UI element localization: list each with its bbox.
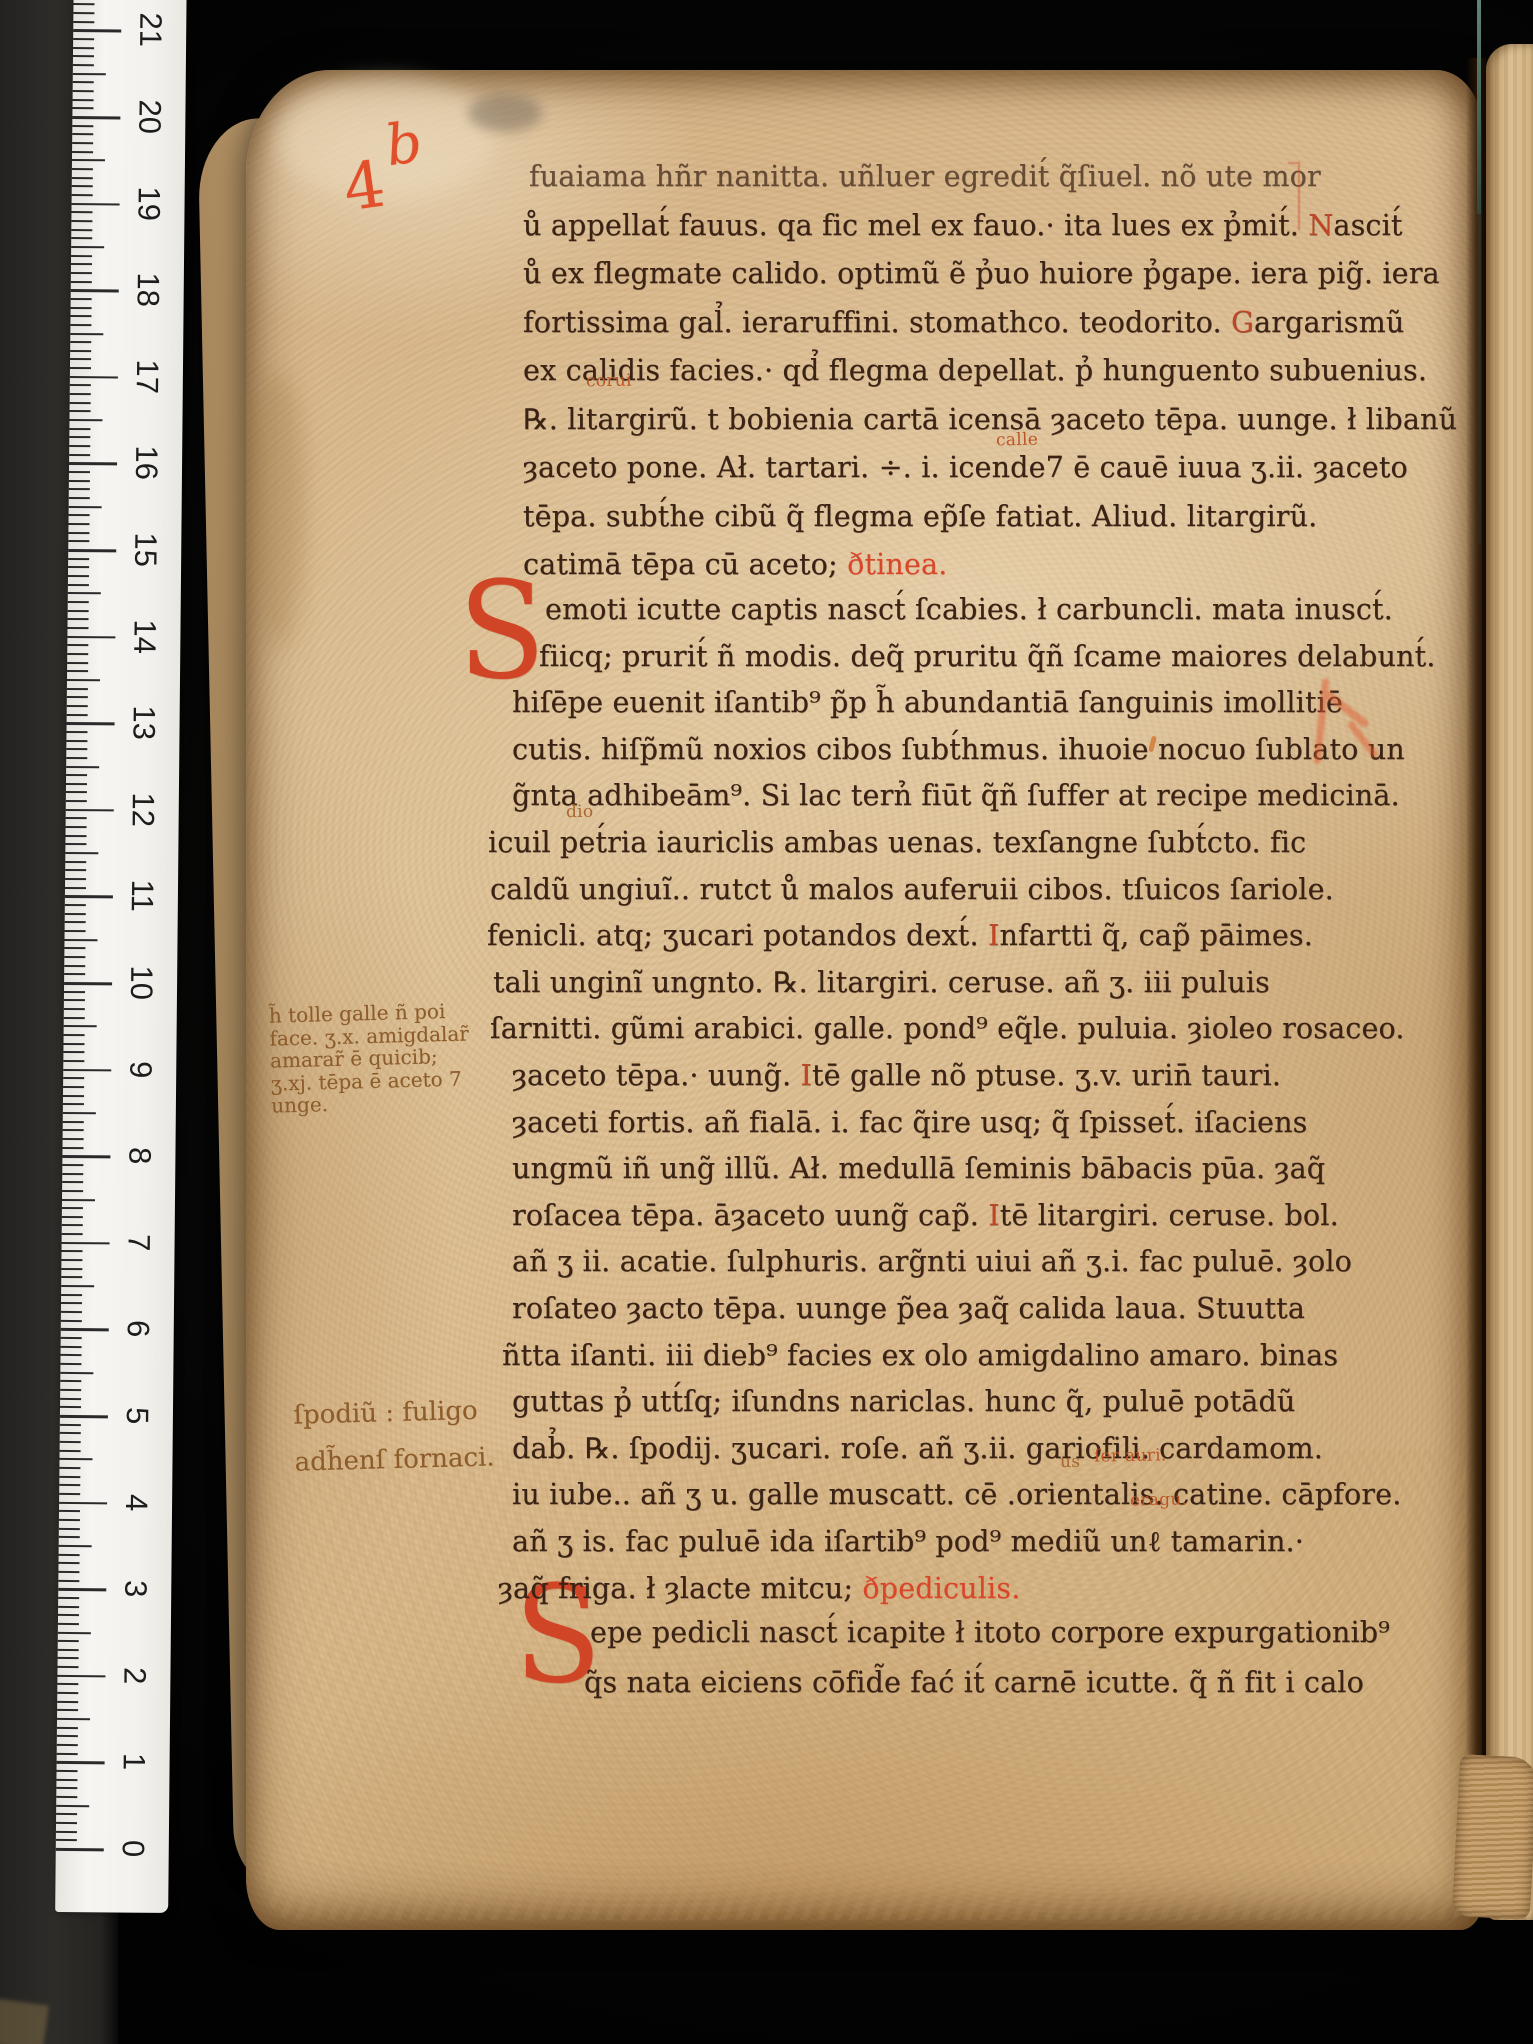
ruler-tick <box>56 1779 77 1781</box>
ruler-tick <box>72 177 93 179</box>
text-line: roſacea tēpa. āȝaceto uung̃ cap̃. Itē li… <box>512 1199 1339 1232</box>
ruler-tick <box>72 159 105 161</box>
marginal-note-line: ſpodiũ : fuligo <box>293 1387 494 1439</box>
ruler-tick <box>70 315 91 317</box>
ruler-tick <box>58 1588 106 1591</box>
text-segment: hiſēpe euenit iſantib⁹ p̃p h̃ abundantiā… <box>512 686 1343 719</box>
ruler-tick <box>73 29 121 32</box>
ruler-tick <box>65 930 86 932</box>
ruler-tick <box>70 410 91 412</box>
ruler-tick <box>63 1120 84 1122</box>
text-segment: dab̉. ℞. ſpodij. ʒucari. roſe. añ ʒ.ii. … <box>512 1432 1323 1465</box>
text-segment: I <box>801 1059 812 1092</box>
ruler-tick <box>66 800 87 802</box>
text-line: q̃s nata eiciens cōfid̃e fać it́ carnē i… <box>584 1666 1364 1699</box>
ruler-tick <box>65 887 86 889</box>
glass-edge-line <box>1477 0 1481 214</box>
text-line: ȝaceto pone. Ał. tartari. ÷. i. icende7 … <box>523 451 1408 484</box>
ruler-tick <box>59 1545 92 1547</box>
ruler-tick <box>69 445 90 447</box>
ruler-number: 6 <box>122 1306 154 1352</box>
ruler-number: 16 <box>130 440 162 486</box>
ruler-tick <box>63 1086 84 1088</box>
ruler-tick <box>61 1285 94 1287</box>
text-segment: ðtinea. <box>847 548 947 581</box>
ruler-tick <box>62 1155 110 1158</box>
ruler-tick <box>64 956 85 958</box>
ruler-tick <box>69 419 102 421</box>
ruler-tick <box>68 592 101 594</box>
red-margin-bracket <box>1288 162 1300 230</box>
ruler-tick <box>66 809 114 812</box>
ruler-tick <box>72 142 93 144</box>
text-segment: ðpediculis. <box>862 1572 1020 1605</box>
ruler-tick <box>71 237 92 239</box>
text-segment: ů ex flegmate calido. optimũ ẽ p̉uo huio… <box>523 257 1440 290</box>
text-line: ů appellat́ fauus. qa fic mel ex fauo.· … <box>523 209 1403 242</box>
ruler-tick <box>64 939 97 941</box>
ruler-number: 21 <box>134 7 166 53</box>
marginal-note-line: adh̃enſ fornaci. <box>294 1434 495 1486</box>
text-line: guttas p̉ utt́ſq; iſundns nariclas. hunc… <box>512 1385 1295 1418</box>
ruler-tick <box>63 1077 84 1079</box>
text-segment: añ ʒ is. fac puluē ida iſartib⁹ pod⁹ med… <box>512 1525 1304 1558</box>
ruler-tick <box>67 722 115 725</box>
ruler-tick <box>69 488 90 490</box>
ruler-tick <box>66 748 87 750</box>
ruler-tick <box>61 1320 82 1322</box>
ruler-tick <box>67 688 88 690</box>
text-line: icuil pet́ria iauriclis ambas uenas. tex… <box>488 826 1306 859</box>
text-segment: ascit́ <box>1333 209 1402 242</box>
ruler-tick <box>71 298 92 300</box>
ruler-tick <box>62 1207 83 1209</box>
ruler-tick <box>67 662 88 664</box>
ruler-tick <box>69 462 117 465</box>
initial-letter: S <box>458 565 546 699</box>
ruler-tick <box>66 757 87 759</box>
ruler-tick <box>64 1017 85 1019</box>
ruler-tick <box>60 1389 81 1391</box>
ruler-tick <box>71 289 119 292</box>
ruler-tick <box>65 913 86 915</box>
text-segment: icuil pet́ria iauriclis ambas uenas. tex… <box>488 826 1306 859</box>
ruler-tick <box>63 1103 84 1105</box>
ruler-tick <box>64 1034 85 1036</box>
ruler-tick <box>62 1233 83 1235</box>
ruler-number: 15 <box>129 527 161 573</box>
ruler-tick <box>63 1138 84 1140</box>
text-segment: caldũ ungiuĩ.. rutct ů malos auferuii ci… <box>490 873 1334 906</box>
ruler-number: 19 <box>132 180 164 226</box>
ruler-tick <box>67 636 115 639</box>
ruler-tick <box>69 454 90 456</box>
interlinear-gloss: ſer auri. <box>1094 1445 1167 1466</box>
ruler-tick <box>66 765 99 767</box>
ruler-tick <box>61 1294 82 1296</box>
text-line: emoti icutte captis nasct́ ſcabies. ł ca… <box>545 593 1393 626</box>
ruler-tick <box>69 497 90 499</box>
ruler-tick <box>61 1328 109 1331</box>
ruler-tick <box>56 1796 77 1798</box>
ruler-tick <box>57 1770 78 1772</box>
ruler-tick <box>73 3 94 5</box>
ruler-tick <box>65 904 86 906</box>
ruler-tick <box>58 1571 79 1573</box>
ruler-tick <box>73 99 94 101</box>
text-line: ſarnitti. gũmi arabici. galle. pond⁹ eq̃… <box>490 1012 1405 1045</box>
ruler-tick <box>56 1787 77 1789</box>
text-line: catimā tēpa cū aceto; ðtinea. <box>523 548 948 581</box>
text-line: caldũ ungiuĩ.. rutct ů malos auferuii ci… <box>490 873 1334 906</box>
ruler-tick <box>63 1051 84 1053</box>
text-segment: argarismũ <box>1254 306 1404 339</box>
text-line: ex calidis facies.· qd̉ flegma depellat.… <box>523 354 1427 387</box>
ruler-tick <box>71 263 92 265</box>
ruler-tick <box>71 246 104 248</box>
ruler-tick <box>73 12 94 14</box>
text-segment: ů appellat́ fauus. qa fic mel ex fauo.· … <box>523 209 1308 242</box>
ruler-tick <box>65 835 86 837</box>
ruler-tick <box>59 1528 80 1530</box>
ruler-tick <box>72 151 93 153</box>
gutter-seam <box>1466 58 1486 1914</box>
text-segment: añ ʒ ii. acatie. ſulphuris. arg̃nti uiui… <box>512 1245 1352 1278</box>
ruler-tick <box>68 558 89 560</box>
ruler-tick <box>68 575 89 577</box>
text-line: epe pedicli nasct́ icapite ł itoto corpo… <box>590 1616 1390 1649</box>
ruler-tick <box>71 211 92 213</box>
ruler-tick <box>64 982 112 985</box>
ruler-tick <box>56 1839 77 1841</box>
ruler-tick <box>61 1302 82 1304</box>
ruler-number: 9 <box>124 1046 156 1092</box>
ruler-tick <box>70 367 91 369</box>
ruler-number: 13 <box>127 700 159 746</box>
ruler-tick <box>63 1112 96 1114</box>
edge-stain <box>248 370 306 650</box>
ruler-tick <box>63 1069 111 1072</box>
ruler-tick <box>65 878 86 880</box>
ruler-tick <box>69 506 102 508</box>
ruler-tick <box>59 1536 80 1538</box>
ruler-tick <box>73 38 94 40</box>
ruler-tick <box>64 991 85 993</box>
ruler-tick <box>69 480 90 482</box>
text-segment: epe pedicli nasct́ icapite ł itoto corpo… <box>590 1616 1390 1649</box>
ruler-tick <box>60 1432 81 1434</box>
ruler-tick <box>58 1640 79 1642</box>
text-segment: fenicli. atq; ʒucari potandos dext́. <box>487 919 988 952</box>
ruler-tick <box>57 1744 78 1746</box>
text-segment: ȝaceto pone. Ał. tartari. ÷. i. icende7 … <box>523 451 1408 484</box>
interlinear-gloss: eragu. <box>1130 1490 1188 1511</box>
ruler-tick <box>64 999 85 1001</box>
ruler-tick <box>59 1502 107 1505</box>
ruler-tick <box>59 1519 80 1521</box>
ruler-tick <box>66 731 87 733</box>
text-segment: ℞. litargirũ. t bobienia cartā icensā ȝa… <box>523 403 1457 436</box>
text-segment: ȝaceto tēpa.· uung̃. <box>512 1059 801 1092</box>
ruler-tick <box>60 1372 93 1374</box>
ruler-tick <box>66 739 87 741</box>
ruler-tick <box>57 1701 78 1703</box>
interlinear-gloss: dio <box>566 802 594 822</box>
ruler-tick <box>58 1605 79 1607</box>
ruler-tick <box>71 306 92 308</box>
marginal-note: h̃ tolle galle ñ poiface. ʒ.x. amigdalar… <box>269 999 471 1117</box>
ruler-number: 4 <box>120 1479 152 1525</box>
ruler-tick <box>56 1805 89 1807</box>
ruler-tick <box>56 1831 77 1833</box>
text-line: iu iube.. añ ʒ u. galle muscatt. cē .ori… <box>512 1478 1402 1511</box>
text-line: ℞. litargirũ. t bobienia cartā icensā ȝa… <box>523 403 1457 436</box>
ruler-tick <box>60 1380 81 1382</box>
ruler-tick <box>57 1675 105 1678</box>
ruler-number: 18 <box>132 267 164 313</box>
text-segment: N <box>1308 209 1333 242</box>
ruler-tick <box>61 1337 82 1339</box>
ruler-tick <box>62 1216 83 1218</box>
text-segment: catimā tēpa cū aceto; <box>523 548 847 581</box>
ruler-tick <box>63 1095 84 1097</box>
ruler-tick <box>73 73 106 75</box>
text-segment: tē litargiri. ceruse. bol. <box>1000 1199 1339 1232</box>
ruler-tick <box>68 618 89 620</box>
ruler-tick <box>70 332 103 334</box>
ruler-tick <box>66 791 87 793</box>
ruler-tick <box>64 947 85 949</box>
ruler-tick <box>57 1709 78 1711</box>
ruler-tick <box>60 1398 81 1400</box>
ruler-tick <box>62 1181 83 1183</box>
text-segment: emoti icutte captis nasct́ ſcabies. ł ca… <box>545 593 1393 626</box>
text-segment: cutis. hiſp̃mũ noxios cibos ſubt́hmus. i… <box>512 733 1405 766</box>
ruler-tick <box>68 532 89 534</box>
ruler-tick <box>70 384 91 386</box>
ruler-tick <box>65 869 86 871</box>
ruler-tick <box>58 1649 79 1651</box>
ruler-tick <box>67 644 88 646</box>
ruler-tick <box>57 1753 78 1755</box>
ruler-tick <box>68 549 116 552</box>
ruler-tick <box>64 1025 97 1027</box>
ruler-tick <box>59 1467 80 1469</box>
ruler-tick <box>58 1657 79 1659</box>
ruler-tick <box>69 514 90 516</box>
text-segment: iu iube.. añ ʒ u. galle muscatt. cē .ori… <box>512 1478 1402 1511</box>
ruler-number: 20 <box>133 94 165 140</box>
text-line: fuaiama hñr nanitta. uñluer egredit́ q̃ſ… <box>529 160 1321 193</box>
ruler-tick <box>70 324 91 326</box>
ruler-number: 3 <box>119 1566 151 1612</box>
ruler-tick <box>63 1129 84 1131</box>
ruler-tick <box>57 1735 78 1737</box>
ruler-tick <box>62 1224 83 1226</box>
ruler-tick <box>65 852 98 854</box>
ruler-tick <box>60 1458 93 1460</box>
ruler-number: 5 <box>121 1393 153 1439</box>
ruler-tick <box>71 281 92 283</box>
ruler-tick <box>58 1579 79 1581</box>
ruler-tick <box>72 185 93 187</box>
ruler-tick <box>73 47 94 49</box>
ruler-tick <box>58 1597 79 1599</box>
glass-edge-line-faint <box>1478 214 1481 544</box>
fore-edge-page-stack <box>1452 1754 1533 1920</box>
ruler-tick <box>61 1346 82 1348</box>
ruler-tick <box>61 1311 82 1313</box>
ruler-tick <box>72 116 120 119</box>
ruler-tick <box>65 843 86 845</box>
ruler-tick <box>67 627 88 629</box>
ruler-tick <box>57 1683 78 1685</box>
text-line: ȝaq̃ friga. ł ȝlacte mitcu; ðpediculis. <box>498 1572 1020 1605</box>
ruler-tick <box>73 55 94 57</box>
ruler-tick <box>72 107 93 109</box>
ruler-tick <box>68 523 89 525</box>
ruler-tick <box>62 1242 110 1245</box>
ruler-tick <box>56 1848 104 1851</box>
text-segment: fiicq; prurit́ ñ modis. deq̃ pruritu q̃ñ… <box>539 640 1436 673</box>
ruler-tick <box>70 358 91 360</box>
ruler-number: 11 <box>126 873 158 919</box>
ruler-tick <box>59 1510 80 1512</box>
ruler-tick <box>68 566 89 568</box>
text-segment: roſacea tēpa. āȝaceto uung̃ cap̃. <box>512 1199 988 1232</box>
text-line: ñtta iſanti. iii dieb⁹ facies ex olo ami… <box>502 1339 1338 1372</box>
ruler-tick <box>60 1424 81 1426</box>
text-line: ȝaceti fortis. añ fialā. i. fac q̃ire us… <box>512 1106 1308 1139</box>
ruler-tick <box>67 696 88 698</box>
text-line: ȝaceto tēpa.· uung̃. Itē galle nõ ptuse.… <box>512 1059 1281 1092</box>
ruler-tick <box>60 1363 81 1365</box>
text-line: roſateo ȝacto tēpa. uunge p̃ea ȝaq̃ cali… <box>512 1292 1305 1325</box>
ruler-tick <box>73 21 94 23</box>
ruler-tick <box>72 125 93 127</box>
ruler-tick <box>68 540 89 542</box>
ruler-tick <box>71 255 92 257</box>
text-line: fiicq; prurit́ ñ modis. deq̃ pruritu q̃ñ… <box>539 640 1436 673</box>
ruler-tick <box>62 1164 83 1166</box>
text-segment: roſateo ȝacto tēpa. uunge p̃ea ȝaq̃ cali… <box>512 1292 1305 1325</box>
text-segment: ñtta iſanti. iii dieb⁹ facies ex olo ami… <box>502 1339 1338 1372</box>
ruler-tick <box>67 679 100 681</box>
text-segment: ſarnitti. gũmi arabici. galle. pond⁹ eq̃… <box>490 1012 1405 1045</box>
red-offset-flourish <box>1300 678 1400 793</box>
ruler-tick <box>70 341 91 343</box>
ruler-tick <box>63 1060 84 1062</box>
text-segment: G <box>1231 306 1254 339</box>
ruler-tick <box>63 1043 84 1045</box>
interlinear-gloss: corui <box>586 371 632 392</box>
ruler-tick <box>59 1484 80 1486</box>
ruler-tick <box>62 1190 83 1192</box>
ruler-tick <box>66 774 87 776</box>
text-line: cutis. hiſp̃mũ noxios cibos ſubt́hmus. i… <box>512 733 1405 766</box>
ruler-tick <box>58 1614 79 1616</box>
ruler-number: 14 <box>128 613 160 659</box>
ruler-tick <box>60 1415 108 1418</box>
ruler-tick <box>72 194 93 196</box>
ruler-number: 17 <box>131 353 163 399</box>
text-line: ů ex flegmate calido. optimũ ẽ p̉uo huio… <box>523 257 1440 290</box>
ruler-tick <box>70 376 118 379</box>
ruler-tick <box>67 705 88 707</box>
ruler-tick <box>66 817 87 819</box>
text-segment: nfartti q̃, cap̃ pāimes. <box>999 919 1313 952</box>
ruler-tick <box>70 393 91 395</box>
ruler-tick <box>61 1276 82 1278</box>
ruler-number: 0 <box>117 1825 149 1871</box>
marginal-note: ſpodiũ : fuligoadh̃enſ fornaci. <box>293 1387 495 1486</box>
text-segment: I <box>988 919 999 952</box>
text-line: tali unginĩ ungnto. ℞. litargiri. ceruse… <box>493 966 1270 999</box>
text-line: tēpa. subt́he cibũ q̃ flegma ep̃ſe fatia… <box>523 500 1317 533</box>
text-line: fortissima gal̉. ieraruffini. stomathco.… <box>523 306 1404 339</box>
facing-leaf-edge <box>1486 44 1533 1920</box>
ruler-tick <box>57 1727 78 1729</box>
text-line: añ ʒ is. fac puluē ida iſartib⁹ pod⁹ med… <box>512 1525 1304 1559</box>
ruler-tick <box>65 861 86 863</box>
ruler-tick <box>57 1692 78 1694</box>
ruler-tick <box>60 1354 81 1356</box>
ruler-tick <box>56 1822 77 1824</box>
ruler-tick <box>64 965 85 967</box>
text-segment: tē galle nõ ptuse. ʒ.v. urin̄ tauri. <box>812 1059 1281 1092</box>
ruler-tick <box>69 436 90 438</box>
text-line: fenicli. atq; ʒucari potandos dext́. Inf… <box>487 919 1313 952</box>
ruler-tick <box>73 64 94 66</box>
ruler-tick <box>66 826 87 828</box>
ruler-tick <box>68 584 89 586</box>
ruler-tick <box>68 610 89 612</box>
ruler-tick <box>65 895 113 898</box>
ruler-number: 12 <box>127 786 159 832</box>
ruler-number: 2 <box>118 1652 150 1698</box>
ruler-tick <box>72 133 93 135</box>
text-line: ungmũ iñ ung̃ illũ. Ał. medullā ſeminis … <box>512 1152 1325 1185</box>
ruler-number: 7 <box>122 1219 154 1265</box>
text-segment: tēpa. subt́he cibũ q̃ flegma ep̃ſe fatia… <box>523 500 1317 533</box>
interlinear-gloss: us <box>1060 1452 1081 1472</box>
ruler-tick <box>69 428 90 430</box>
ruler-tick <box>60 1406 81 1408</box>
ruler-tick <box>58 1666 79 1668</box>
text-line: hiſēpe euenit iſantib⁹ p̃p h̃ abundantiā… <box>512 686 1343 719</box>
ruler-tick <box>72 203 120 206</box>
board-sliver <box>0 1999 49 2044</box>
text-segment: guttas p̉ utt́ſq; iſundns nariclas. hunc… <box>512 1385 1295 1418</box>
ruler-tick <box>57 1718 90 1720</box>
ruler-tick <box>59 1476 80 1478</box>
ruler-tick <box>62 1172 83 1174</box>
ruler-tick <box>67 653 88 655</box>
ruler-tick <box>72 168 93 170</box>
ruler-tick <box>69 471 90 473</box>
text-segment: fortissima gal̉. ieraruffini. stomathco.… <box>523 306 1231 339</box>
ruler-tick <box>59 1553 80 1555</box>
ruler-tick <box>61 1250 82 1252</box>
ink-smudge <box>468 94 542 132</box>
ruler-tick <box>58 1631 91 1633</box>
text-segment: ungmũ iñ ung̃ illũ. Ał. medullā ſeminis … <box>512 1152 1325 1185</box>
ruler-tick <box>60 1441 81 1443</box>
ruler-number: 1 <box>117 1739 149 1785</box>
text-line: añ ʒ ii. acatie. ſulphuris. arg̃nti uiui… <box>512 1245 1352 1278</box>
ruler-tick <box>59 1562 80 1564</box>
ruler-tick <box>71 272 92 274</box>
